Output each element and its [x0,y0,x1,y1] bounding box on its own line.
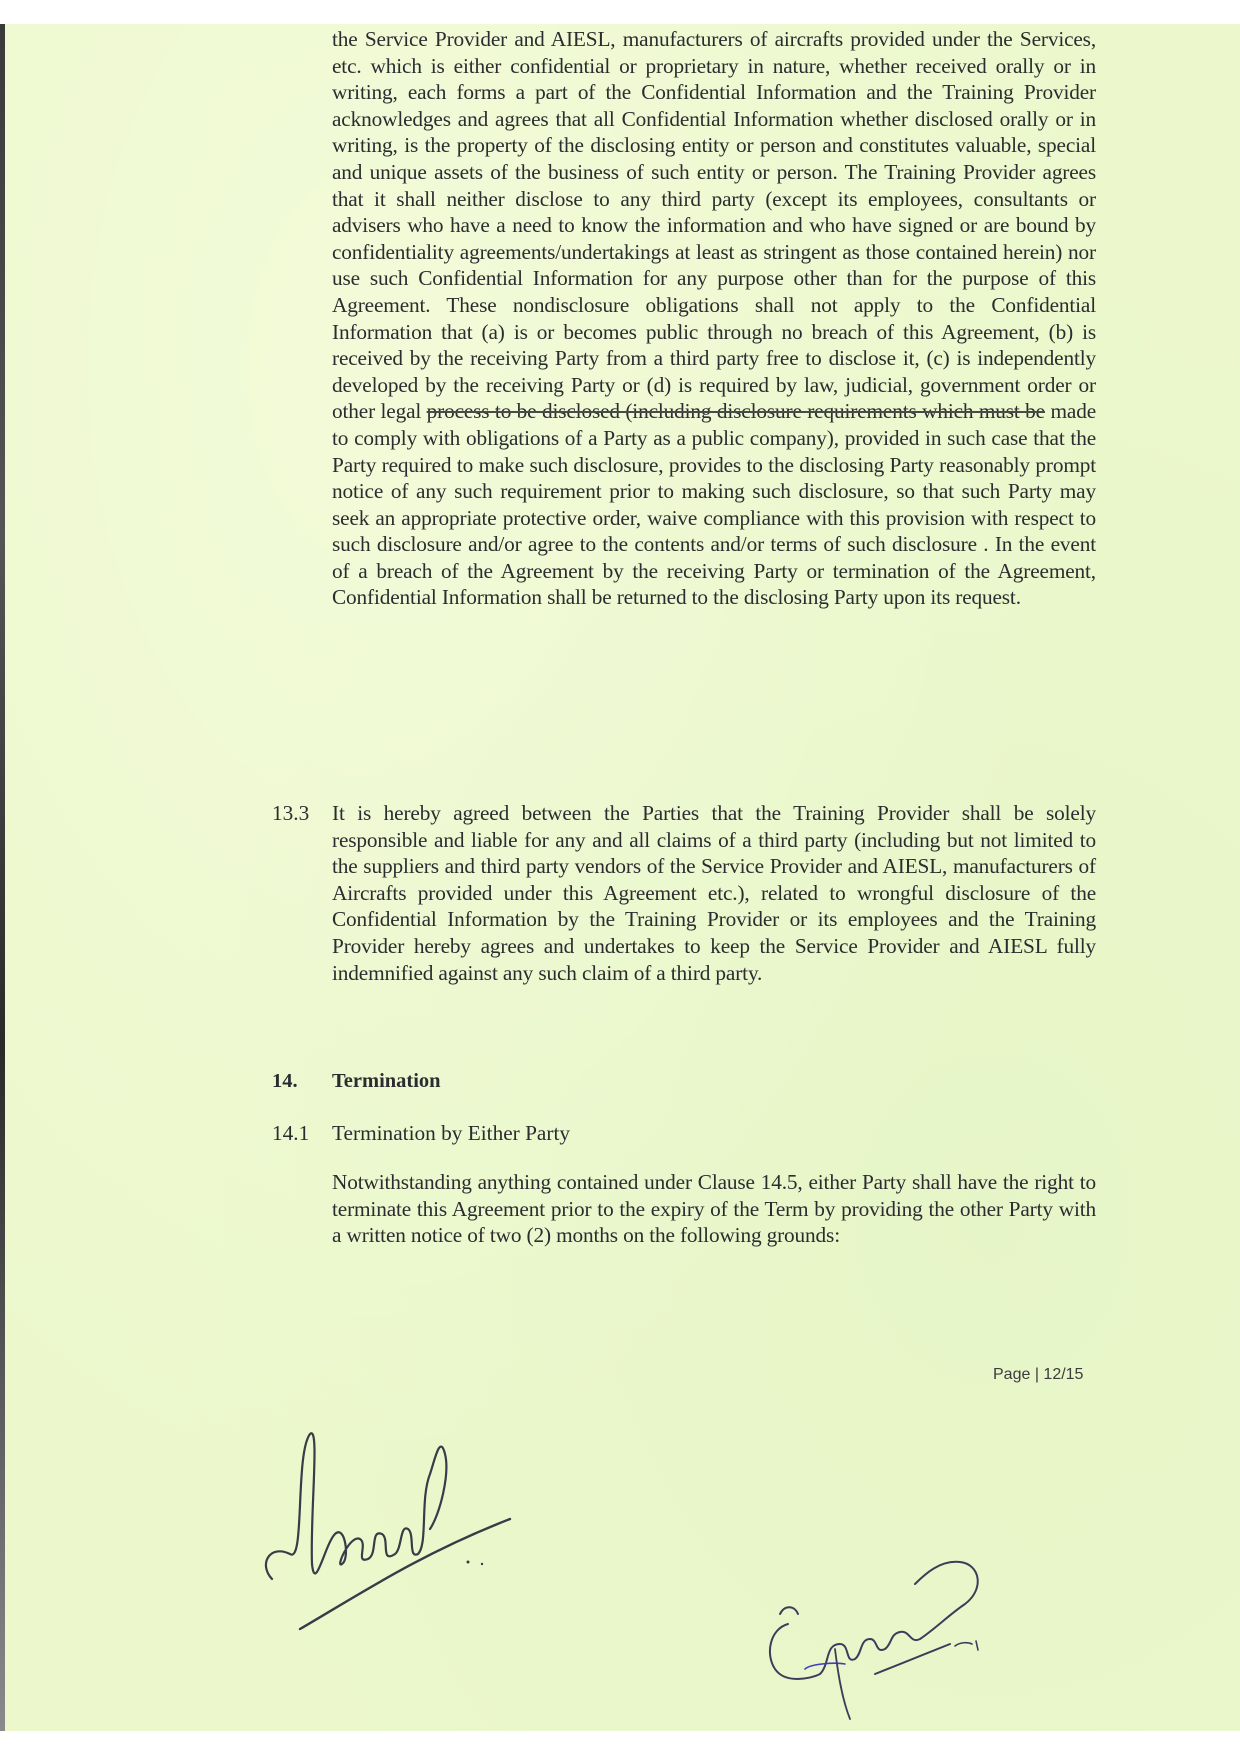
section-14-number: 14. [272,1070,298,1093]
confidentiality-paragraph-continued: the Service Provider and AIESL, manufact… [332,26,1096,611]
clause-14-1-text: Notwithstanding anything contained under… [332,1169,1096,1249]
clause-13-3-text: It is hereby agreed between the Parties … [332,800,1096,986]
struck-through-text: process to be disclosed (including discl… [427,399,1045,423]
clause-number-13-3: 13.3 [272,800,309,827]
paragraph-text-part2: made to comply with obligations of a Par… [332,399,1096,609]
clause-number-14-1: 14.1 [272,1121,309,1146]
scan-edge-shadow [0,24,5,1731]
document-page: the Service Provider and AIESL, manufact… [0,24,1240,1731]
section-14-title: Termination [332,1070,441,1093]
page-number: Page | 12/15 [993,1366,1083,1384]
paragraph-text-part1: the Service Provider and AIESL, manufact… [332,27,1096,423]
signature-right-icon [750,1544,1020,1724]
signature-left-icon [250,1394,530,1644]
clause-14-1-title: Termination by Either Party [332,1121,570,1146]
